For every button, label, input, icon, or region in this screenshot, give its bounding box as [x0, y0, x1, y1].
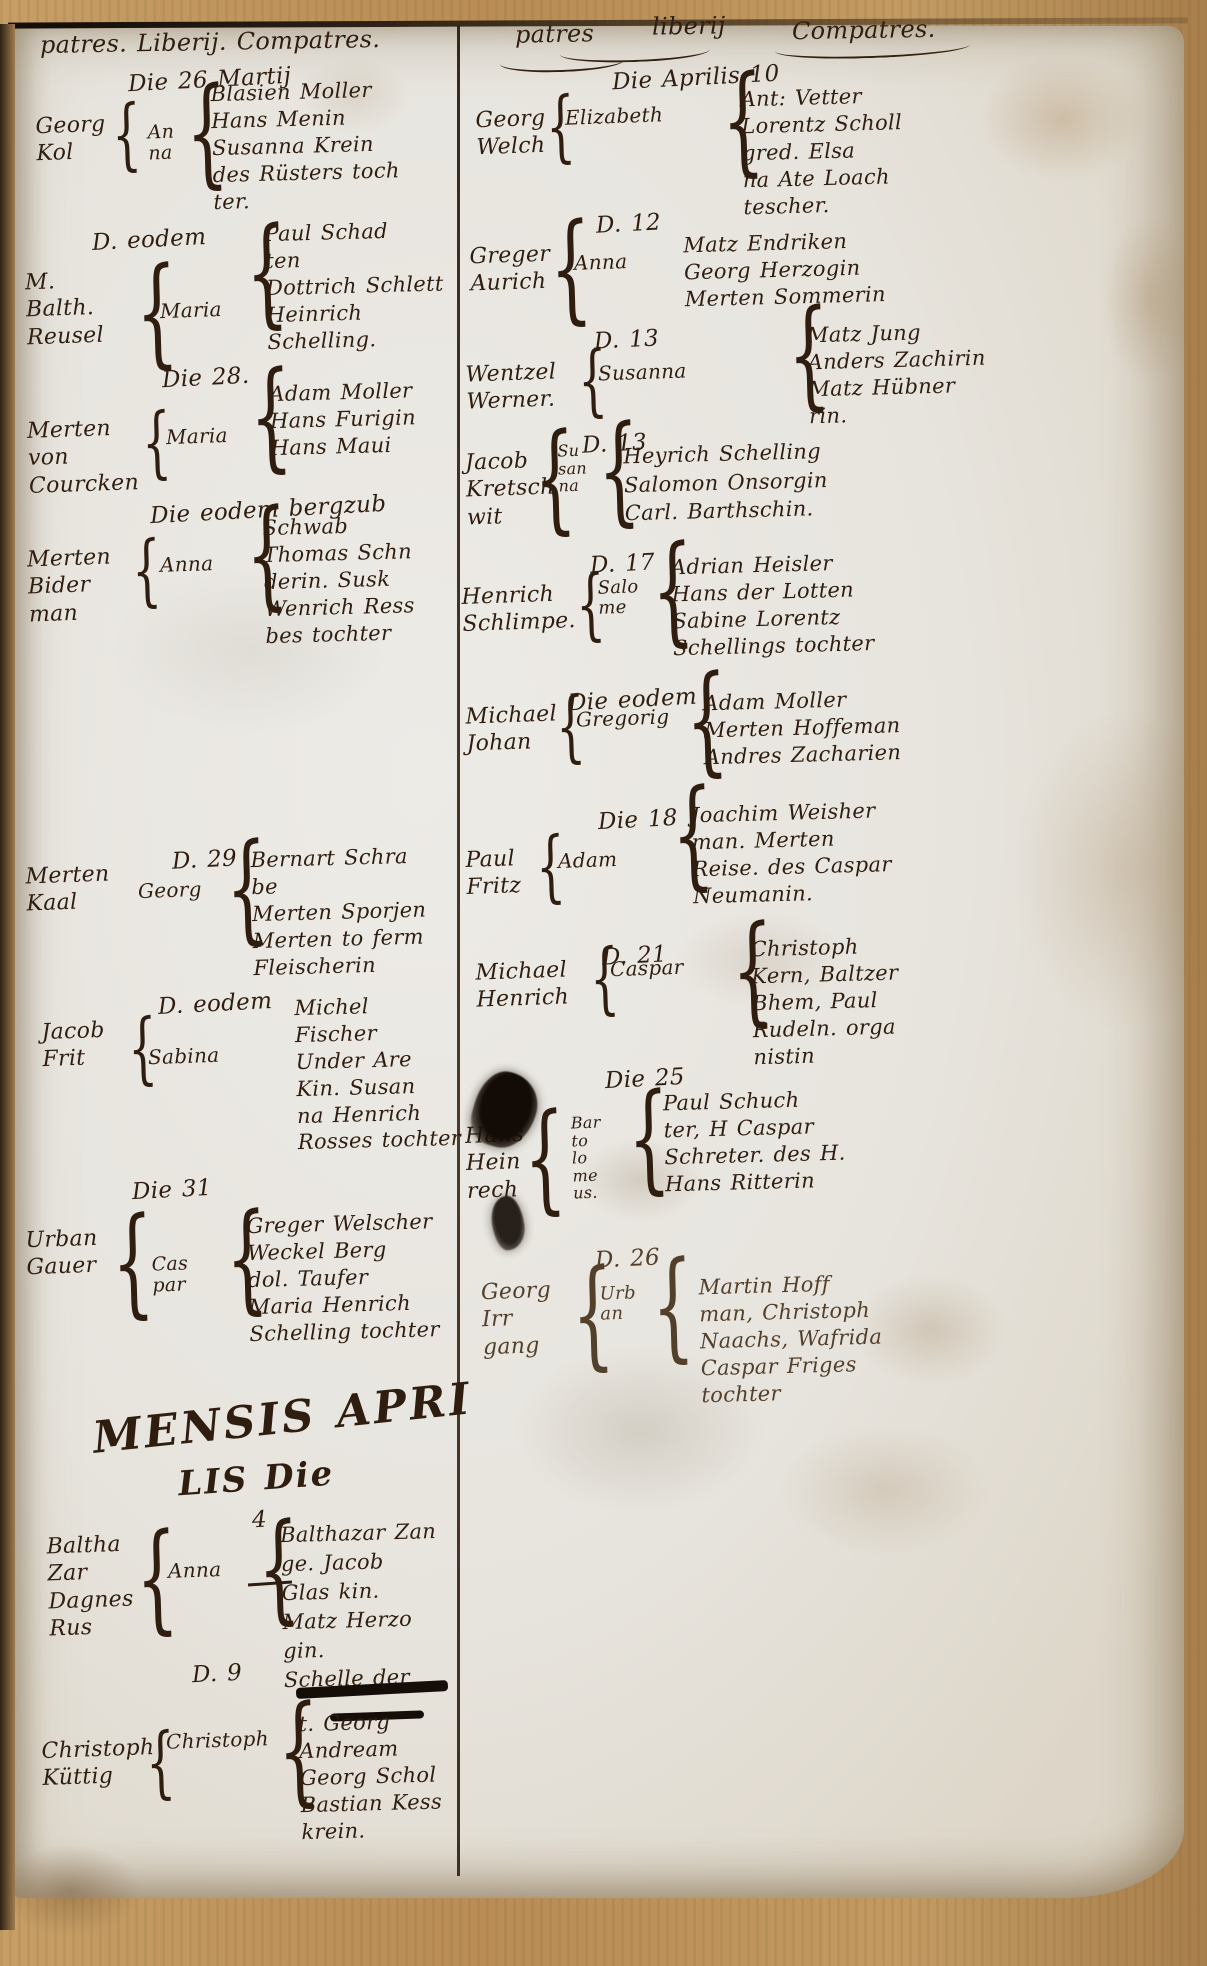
godparents-names: Matz Endriken Georg Herzogin Merten Somm… [683, 224, 1015, 313]
child-name: Bar to lo me us. [570, 1114, 603, 1203]
child-name: Su san na [557, 442, 588, 496]
child-name: Elizabeth [565, 102, 664, 130]
godparents-names: Paul Schuch ter, H Caspar Schreter. des … [663, 1082, 996, 1198]
child-name: Urb an [599, 1283, 637, 1324]
entry-date: Die 18 [597, 804, 678, 837]
brace-icon: { [650, 1246, 695, 1369]
entry-date: D. 12 [595, 208, 661, 240]
godparents-names: Matz Jung Anders Zachirin Matz Hübner ri… [807, 314, 1140, 430]
father-name: Henrich Schlimpe. [461, 580, 576, 638]
godparents-names: Adam Moller Merten Hoffeman Andres Zacha… [703, 682, 1035, 771]
godparents-names: Heyrich Schelling Salomon Onsorgin Carl.… [623, 434, 955, 528]
father-name: Georg Irr gang [481, 1277, 554, 1361]
child-name: Salo me [597, 577, 639, 618]
godparents-names: Martin Hoff man, Christoph Naachs, Wafri… [698, 1266, 1031, 1409]
father-name: Wentzel Werner. [465, 358, 557, 416]
father-name: Paul Fritz [465, 845, 522, 901]
page-header-patres: patres [515, 19, 595, 50]
child-name: Susanna [598, 358, 687, 386]
godparents-names: Joachim Weisher man. Merten Reise. des C… [691, 794, 1024, 910]
father-name: Michael Henrich [475, 956, 569, 1014]
child-name: Caspar [610, 955, 684, 982]
father-name: Greger Aurich [469, 241, 551, 298]
godparents-names: Christoph Kern, Baltzer Bhem, Paul Rudel… [750, 928, 1083, 1071]
father-name: Georg Welch [475, 105, 547, 162]
page-header-compatres: Compatres. [792, 15, 936, 47]
manuscript-photo: patres. Liberij. Compatres. Die 26 Marti… [0, 0, 1207, 1966]
right-page: patres liberij Compatres. Die Aprilis 10… [0, 0, 1207, 1966]
child-name: Adam [558, 847, 618, 874]
father-name: Michael Johan [465, 700, 558, 758]
child-name: Anna [574, 249, 628, 276]
child-name: Gregorig [576, 704, 670, 732]
page-header-liberi: liberij [652, 11, 726, 42]
godparents-names: Adrian Heisler Hans der Lotten Sabine Lo… [671, 546, 1004, 662]
godparents-names: Ant: Vetter Lorentz Scholl gred. Elsa na… [740, 78, 1073, 221]
